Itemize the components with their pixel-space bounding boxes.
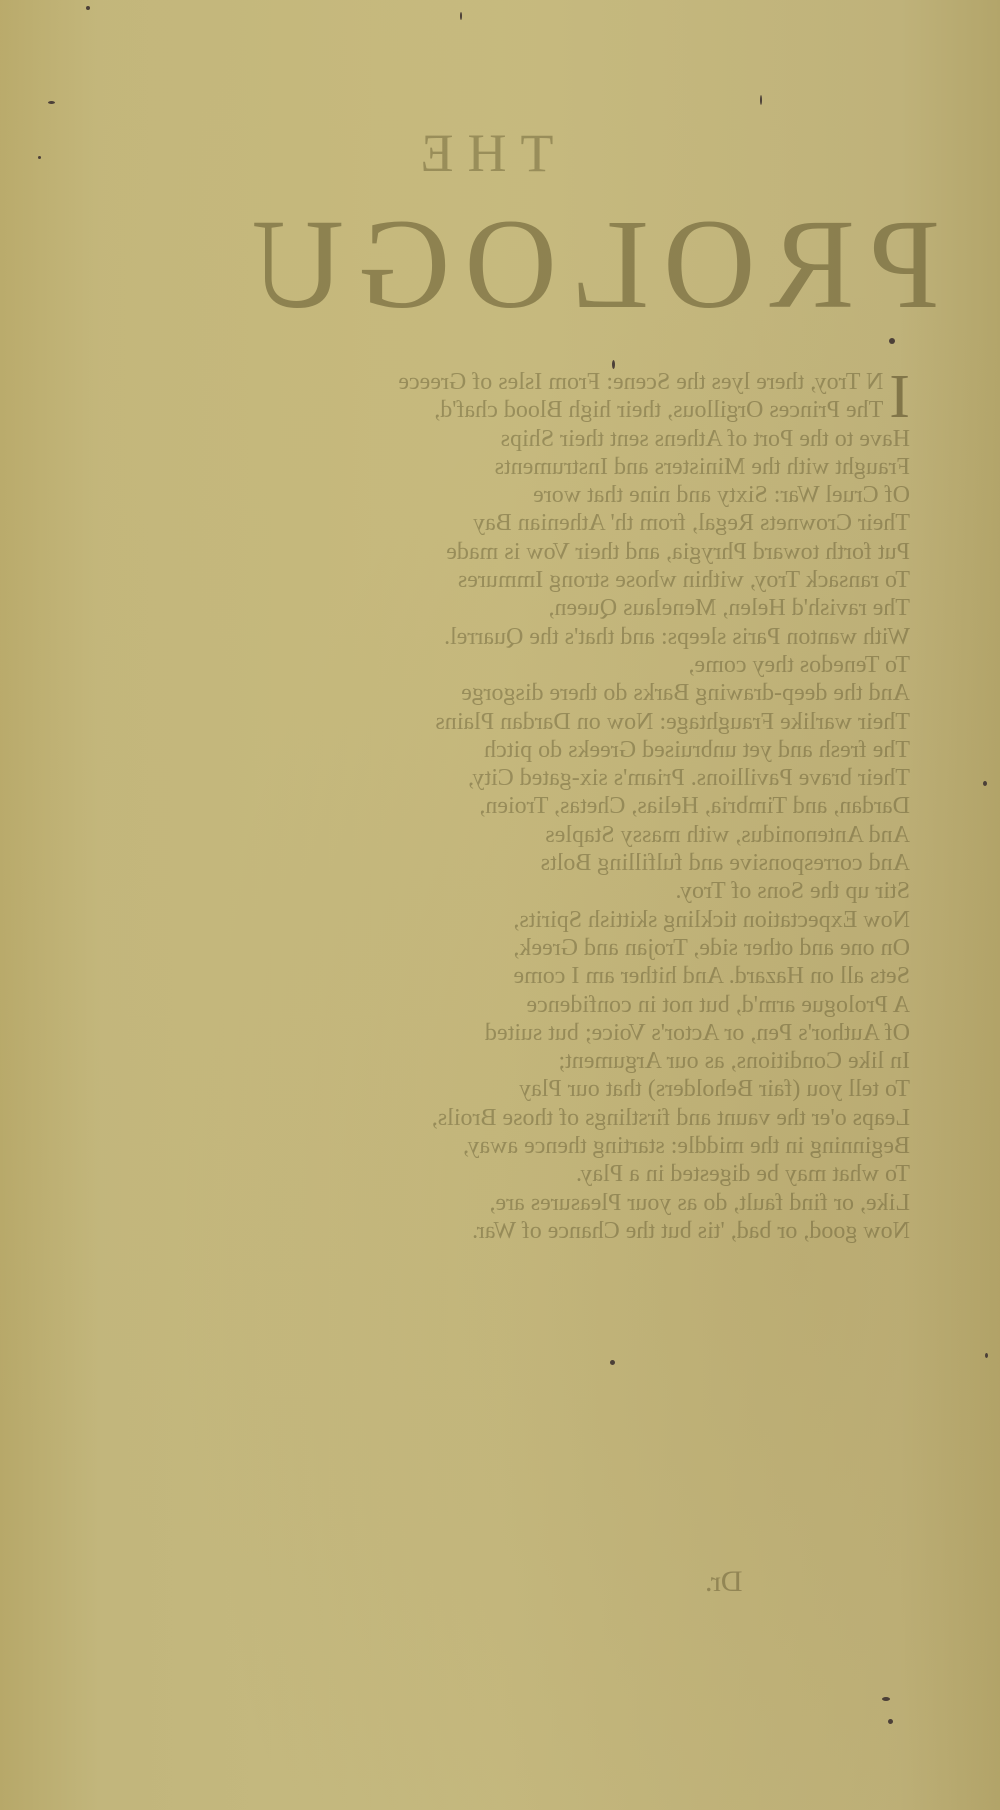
verse-line: To what may be digested in a Play. xyxy=(270,1160,910,1188)
verse-line: Fraught with the Ministers and Instrumen… xyxy=(270,453,910,481)
verse-line: Stir up the Sons of Troy. xyxy=(270,877,910,905)
verse-line: Now good, or bad, 'tis but the Chance of… xyxy=(270,1217,910,1245)
verse-line: To Tenedos they come, xyxy=(270,651,910,679)
heading-prologue: PROLOGU xyxy=(0,200,1000,328)
verse-line: Leaps o'er the vaunt and firstlings of t… xyxy=(270,1104,910,1132)
verse-line: Beginning in the middle: starting thence… xyxy=(270,1132,910,1160)
verse-line: On one and other side, Trojan and Greek, xyxy=(270,934,910,962)
verse-line: In like Conditions, as our Argument; xyxy=(270,1047,910,1075)
book-page: THE PROLOGU I N Troy, there lyes the Sce… xyxy=(0,0,1000,1810)
verse-line: The Princes Orgillous, their high Blood … xyxy=(270,396,910,424)
catchword: Dr. xyxy=(0,1565,1000,1599)
verse-line: The ravish'd Helen, Menelaus Queen, xyxy=(270,594,910,622)
verse-line: To tell you (fair Beholders) that our Pl… xyxy=(270,1075,910,1103)
drop-cap: I xyxy=(889,370,910,424)
verse-line: Their warlike Fraughtage: Now on Dardan … xyxy=(270,708,910,736)
verse-line: With wanton Paris sleeps: and that's the… xyxy=(270,623,910,651)
verse-line: To ransack Troy, within whose strong Imm… xyxy=(270,566,910,594)
prologue-verse: I N Troy, there lyes the Scene: From Isl… xyxy=(270,368,910,1245)
verse-line: Of Author's Pen, or Actor's Voice; but s… xyxy=(270,1019,910,1047)
verse-line: And corresponsive and fulfilling Bolts xyxy=(270,849,910,877)
verse-line: Put forth toward Phrygia, and their Vow … xyxy=(270,538,910,566)
verse-line: Sets all on Hazard. And hither am I come xyxy=(270,962,910,990)
verse-line: Like, or find fault, do as your Pleasure… xyxy=(270,1189,910,1217)
verse-line: And the deep-drawing Barks do there disg… xyxy=(270,679,910,707)
verse-line: Their brave Pavillions. Priam's six-gate… xyxy=(270,764,910,792)
verse-line: The fresh and yet unbruised Greeks do pi… xyxy=(270,736,910,764)
verse-line: Of Cruel War: Sixty and nine that wore xyxy=(270,481,910,509)
verse-line: Have to the Port of Athens sent their Sh… xyxy=(270,425,910,453)
verse-line: Their Crownets Regal, from th' Athenian … xyxy=(270,509,910,537)
verse-line: Dardan, and Timbria, Helias, Chetas, Tro… xyxy=(270,792,910,820)
verse-line: A Prologue arm'd, but not in confidence xyxy=(270,991,910,1019)
verse-line: N Troy, there lyes the Scene: From Isles… xyxy=(270,368,910,396)
verse-line: And Antenonidus, with massy Staples xyxy=(270,821,910,849)
verse-line: Now Expectation tickling skittish Spirit… xyxy=(270,906,910,934)
bleed-through-text-mirrored: THE PROLOGU I N Troy, there lyes the Sce… xyxy=(0,0,1000,1810)
heading-the: THE xyxy=(0,122,1000,184)
